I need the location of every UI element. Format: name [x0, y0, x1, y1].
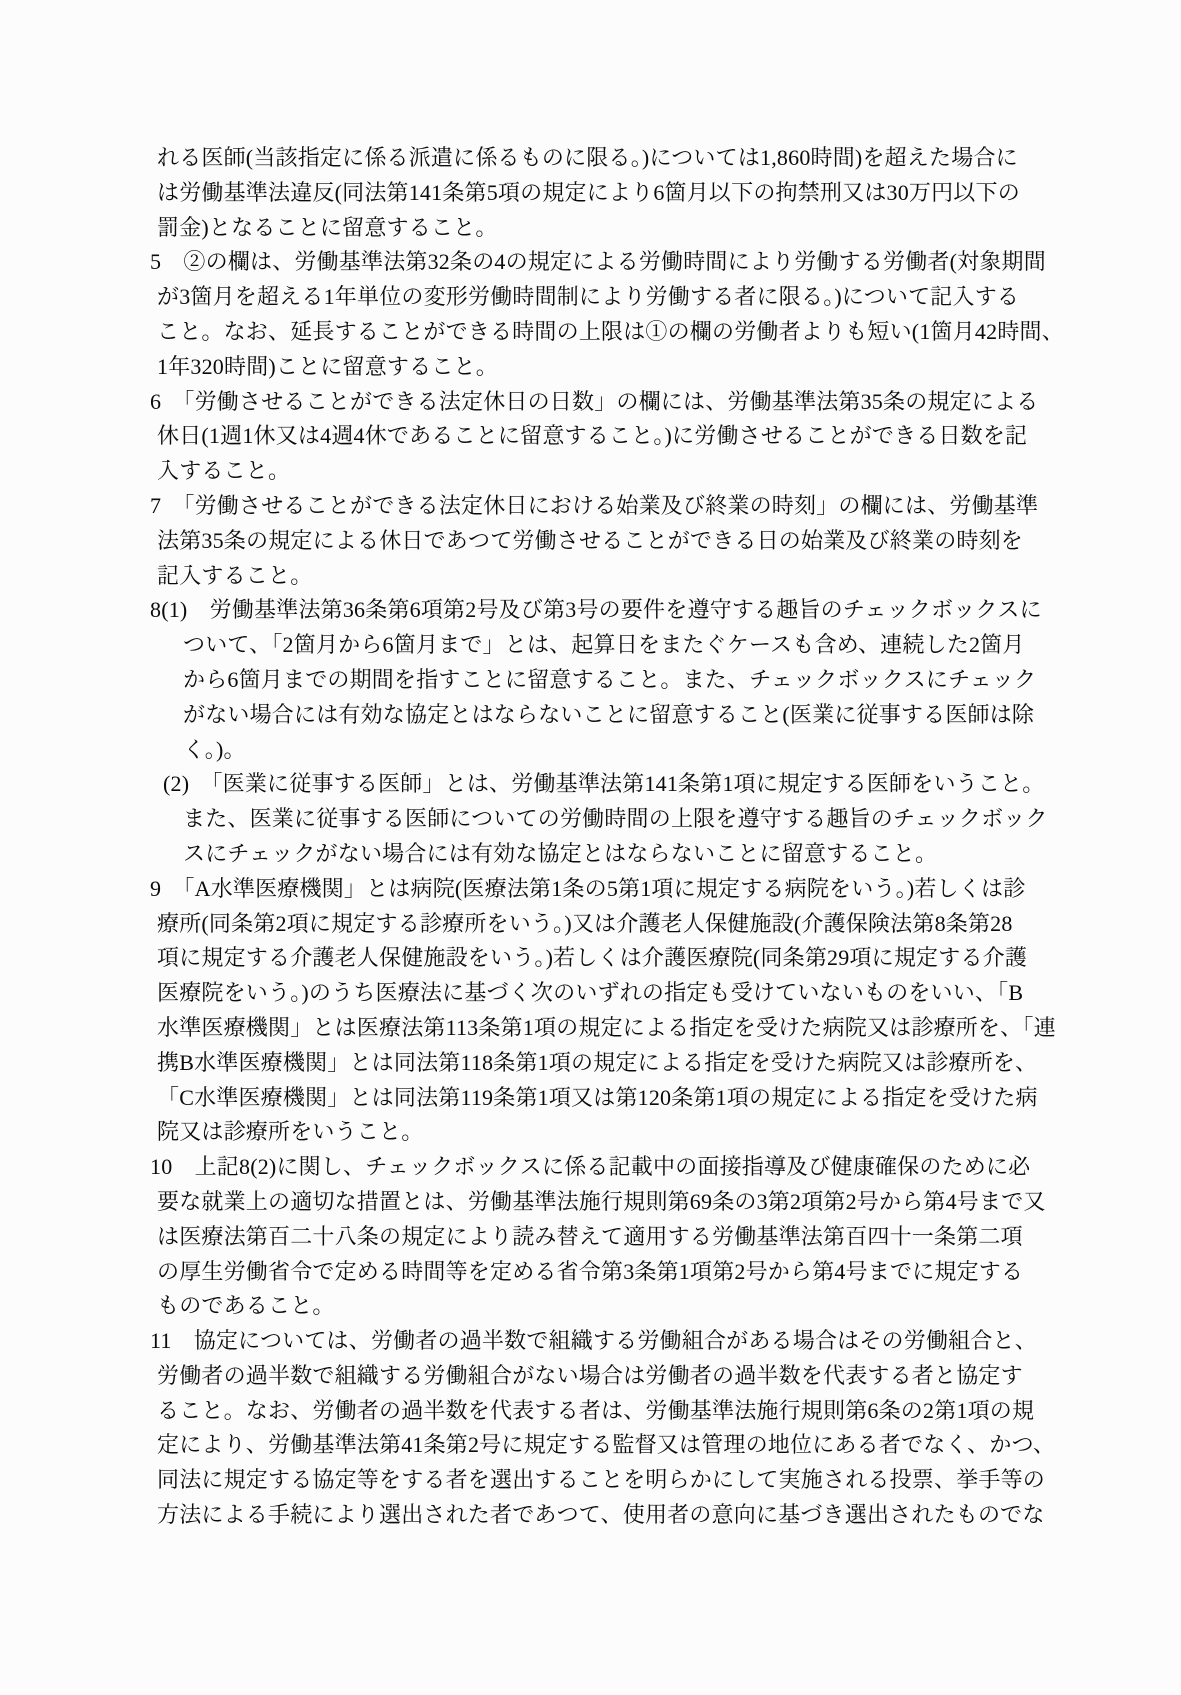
- text-line: 1年320時間)ことに留意すること。: [148, 350, 1148, 385]
- text-line: 休日(1週1休又は4週4休であることに留意すること。)に労働させることができる日…: [148, 419, 1148, 454]
- text-line: 入すること。: [148, 454, 1148, 489]
- text-line: 院又は診療所をいうこと。: [148, 1115, 1148, 1150]
- text-line: 記入すること。: [148, 559, 1148, 594]
- text-line: ついて、「2箇月から6箇月まで」とは、起算日をまたぐケースも含め、連続した2箇月: [148, 628, 1148, 663]
- text-line: から6箇月までの期間を指すことに留意すること。また、チェックボックスにチェック: [148, 663, 1148, 698]
- text-line: れる医師(当該指定に係る派遣に係るものに限る。)については1,860時間)を超え…: [148, 141, 1148, 176]
- text-line: 項に規定する介護老人保健施設をいう。)若しくは介護医療院(同条第29項に規定する…: [148, 941, 1148, 976]
- text-line: 5 ②の欄は、労働基準法第32条の4の規定による労働時間により労働する労働者(対…: [148, 245, 1148, 280]
- text-line: ものであること。: [148, 1289, 1148, 1324]
- text-line: 「C水準医療機関」とは同法第119条第1項又は第120条第1項の規定による指定を…: [148, 1081, 1148, 1116]
- text-line: 9 「A水準医療機関」とは病院(医療法第1条の5第1項に規定する病院をいう。)若…: [148, 872, 1148, 907]
- text-line: 労働者の過半数で組織する労働組合がない場合は労働者の過半数を代表する者と協定す: [148, 1359, 1148, 1394]
- text-line: 療所(同条第2項に規定する診療所をいう。)又は介護老人保健施設(介護保険法第8条…: [148, 907, 1148, 942]
- text-line: 要な就業上の適切な措置とは、労働基準法施行規則第69条の3第2項第2号から第4号…: [148, 1185, 1148, 1220]
- text-line: 8(1) 労働基準法第36条第6項第2号及び第3号の要件を遵守する趣旨のチェック…: [148, 593, 1148, 628]
- text-line: 7 「労働させることができる法定休日における始業及び終業の時刻」の欄には、労働基…: [148, 489, 1148, 524]
- text-line: 同法に規定する協定等をする者を選出することを明らかにして実施される投票、挙手等の: [148, 1463, 1148, 1498]
- text-line: の厚生労働省令で定める時間等を定める省令第3条第1項第2号から第4号までに規定す…: [148, 1255, 1148, 1290]
- text-line: 方法による手続により選出された者であつて、使用者の意向に基づき選出されたものでな: [148, 1498, 1148, 1533]
- notes-text-block: れる医師(当該指定に係る派遣に係るものに限る。)については1,860時間)を超え…: [148, 141, 1148, 1533]
- text-line: は医療法第百二十八条の規定により読み替えて適用する労働基準法第百四十一条第二項: [148, 1220, 1148, 1255]
- text-line: 医療院をいう。)のうち医療法に基づく次のいずれの指定も受けていないものをいい、「…: [148, 976, 1148, 1011]
- text-line: 携B水準医療機関」とは同法第118条第1項の規定による指定を受けた病院又は診療所…: [148, 1046, 1148, 1081]
- text-line: (2) 「医業に従事する医師」とは、労働基準法第141条第1項に規定する医師をい…: [148, 767, 1148, 802]
- text-line: は労働基準法違反(同法第141条第5項の規定により6箇月以下の拘禁刑又は30万円…: [148, 176, 1148, 211]
- text-line: 定により、労働基準法第41条第2号に規定する監督又は管理の地位にある者でなく、か…: [148, 1428, 1148, 1463]
- text-line: また、医業に従事する医師についての労働時間の上限を遵守する趣旨のチェックボック: [148, 802, 1148, 837]
- text-line: 水準医療機関」とは医療法第113条第1項の規定による指定を受けた病院又は診療所を…: [148, 1011, 1148, 1046]
- text-line: 罰金)となることに留意すること。: [148, 211, 1148, 246]
- text-line: ること。なお、労働者の過半数を代表する者は、労働基準法施行規則第6条の2第1項の…: [148, 1394, 1148, 1429]
- text-line: 10 上記8(2)に関し、チェックボックスに係る記載中の面接指導及び健康確保のた…: [148, 1150, 1148, 1185]
- text-line: こと。なお、延長することができる時間の上限は①の欄の労働者よりも短い(1箇月42…: [148, 315, 1148, 350]
- text-line: が3箇月を超える1年単位の変形労働時間制により労働する者に限る。)について記入す…: [148, 280, 1148, 315]
- document-page: れる医師(当該指定に係る派遣に係るものに限る。)については1,860時間)を超え…: [0, 0, 1181, 1695]
- text-line: く。)。: [148, 733, 1148, 768]
- text-line: がない場合には有効な協定とはならないことに留意すること(医業に従事する医師は除: [148, 698, 1148, 733]
- text-line: 法第35条の規定による休日であつて労働させることができる日の始業及び終業の時刻を: [148, 524, 1148, 559]
- text-line: 11 協定については、労働者の過半数で組織する労働組合がある場合はその労働組合と…: [148, 1324, 1148, 1359]
- text-line: スにチェックがない場合には有効な協定とはならないことに留意すること。: [148, 837, 1148, 872]
- text-line: 6 「労働させることができる法定休日の日数」の欄には、労働基準法第35条の規定に…: [148, 385, 1148, 420]
